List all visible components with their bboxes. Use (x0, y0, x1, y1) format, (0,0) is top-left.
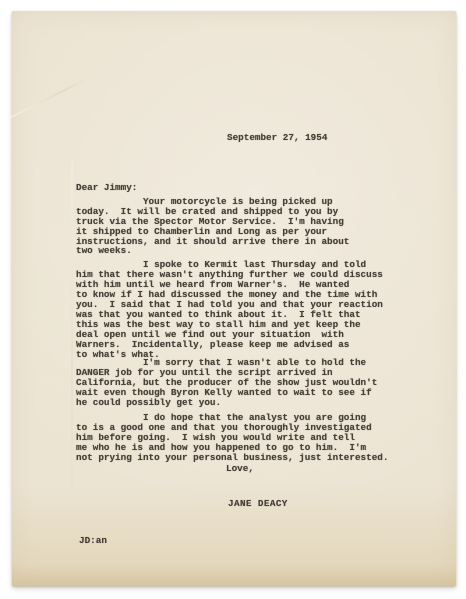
closing-love: Love, (76, 464, 426, 474)
salutation: Dear Jimmy: (76, 183, 426, 193)
signature-name: JANE DEACY (76, 499, 426, 509)
letter-body: Dear Jimmy: Your motorcycle is being pic… (76, 183, 426, 546)
letter-photo: September 27, 1954 Dear Jimmy: Your moto… (0, 0, 466, 599)
letter-date: September 27, 1954 (227, 133, 327, 143)
paragraph-kermit-warners: I spoke to Kermit last Thursday and told… (76, 260, 426, 359)
letter-paper: September 27, 1954 Dear Jimmy: Your moto… (12, 11, 456, 586)
paper-crease-vertical (71, 161, 73, 521)
paragraph-analyst: I do hope that the analyst you are going… (76, 413, 426, 463)
paper-crease-corner (10, 78, 88, 119)
paragraph-motorcycle-shipping: Your motorcycle is being picked up today… (76, 197, 426, 256)
paragraph-danger-job: I'm sorry that I wasn't able to hold the… (76, 358, 426, 408)
typist-initials: JD:an (76, 536, 426, 546)
